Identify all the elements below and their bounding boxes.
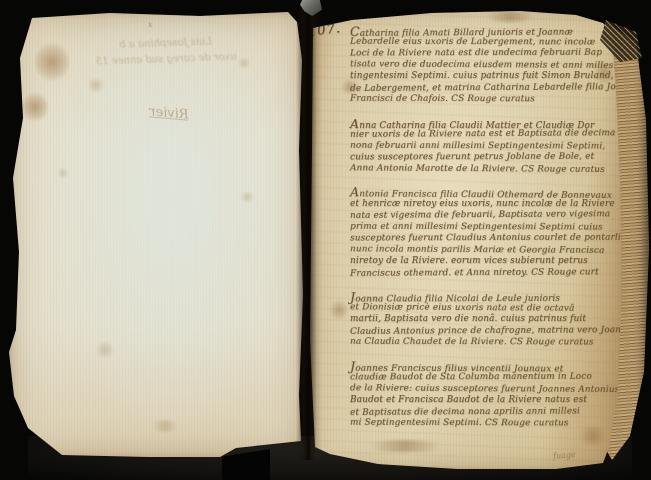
ink-stain: [240, 192, 254, 202]
manuscript-line: nata est vigesima die februarii, Baptisa…: [350, 209, 606, 222]
register-photograph: x Luis Josephina a b uxor de careg sud a…: [0, 0, 651, 480]
manuscript-line: Franciscus othemard. et Anna niretoy. CS…: [350, 267, 606, 280]
manuscript-line: cuius susceptores fuerunt petrus Joblane…: [350, 152, 606, 164]
manuscript-line: Anna Antonia Marotte de la Riviere. CS R…: [350, 163, 606, 176]
ink-smudge: [330, 300, 348, 320]
baptism-record-paragraph: Joanna Claudia filia Nicolai de Leule ju…: [350, 291, 606, 349]
manuscript-line: nunc incola montis parilis Mariæ et Geor…: [350, 244, 606, 257]
baptism-record-paragraph: Catharina filia Amati Billard junioris e…: [350, 25, 606, 106]
manuscript-line: martii, Baptisata vero die nonâ. cuius p…: [350, 314, 606, 326]
manuscript-line: tingentesimi Septimi. cuius patrinus fui…: [350, 71, 606, 83]
baptism-record-paragraph: Antonia Francisca filia Claudii Othemard…: [350, 187, 606, 279]
manuscript-line: susceptores fuerunt Claudius Antonius co…: [350, 233, 606, 245]
manuscript-line: Baudot et Francisca Baudot de la Riviere…: [350, 395, 606, 407]
ink-stain: [150, 420, 180, 432]
left-page: x Luis Josephina a b uxor de careg sud a…: [8, 10, 306, 460]
manuscript-line: Catharina filia Amati Billard junioris e…: [350, 24, 606, 37]
manuscript-line: prima et anni millesimi Septingentesimi …: [350, 221, 606, 233]
manuscript-line: et henricæ niretoy eius uxoris, nunc inc…: [350, 199, 606, 211]
manuscript-line: nier uxoris de la Riviere nata est et Ba…: [350, 128, 606, 141]
manuscript-line: nona februarii anni millesimi Septingent…: [350, 140, 606, 152]
manuscript-line: Joanna Claudia filia Nicolai de Leule ju…: [350, 291, 606, 303]
manuscript-text: Catharina filia Amati Billard junioris e…: [350, 25, 606, 442]
ink-smudge: [480, 12, 540, 22]
manuscript-line: Francisci de Chafois. CS Rouge curatus: [350, 94, 606, 106]
manuscript-line: Lebardelle eius uxoris de Labergement, n…: [350, 36, 606, 48]
right-page-corner-mark: fuage: [553, 450, 576, 461]
manuscript-line: et Dionisiæ pricè eius uxoris nata est d…: [350, 302, 606, 315]
ink-stain: [22, 92, 48, 122]
manuscript-line: Loci de la Riviere nata est die undecima…: [350, 48, 606, 60]
manuscript-line: na Claudia Chaudet de la Riviere. CS Rou…: [350, 337, 606, 349]
manuscript-line: Anna Catharina filia Claudii Mattier et …: [350, 118, 606, 130]
ink-smudge: [360, 440, 450, 452]
baptism-record-paragraph: Anna Catharina filia Claudii Mattier et …: [350, 118, 606, 176]
manuscript-line: Antonia Francisca filia Claudii Othemard…: [350, 186, 606, 199]
bleedthrough-center-word: Rivier: [104, 100, 235, 126]
ink-stain: [88, 78, 104, 92]
manuscript-line: mi Septingentesimi Septimi. CS Rouge cur…: [350, 418, 606, 430]
right-page: 107. Catharina filia Amati Billard junio…: [303, 6, 625, 472]
ink-stain: [96, 342, 114, 358]
manuscript-line: tisata vero die duodecima eiusdem mensis…: [350, 59, 606, 72]
manuscript-line: niretoy de la Riviere. eorum vices subie…: [350, 256, 606, 268]
ink-stain: [58, 168, 68, 178]
left-page-corner-mark: x: [148, 20, 153, 29]
manuscript-line: Joannes Franciscus filius vincentii Joun…: [350, 360, 606, 372]
binding-gutter-shadow: [296, 8, 322, 460]
baptism-record-paragraph: Joannes Franciscus filius vincentii Joun…: [350, 361, 606, 430]
manuscript-line: claudiæ Baudot de Sta Columba manentium …: [350, 372, 606, 384]
manuscript-line: de la Riviere: cuius susceptores fuerunt…: [350, 383, 606, 396]
